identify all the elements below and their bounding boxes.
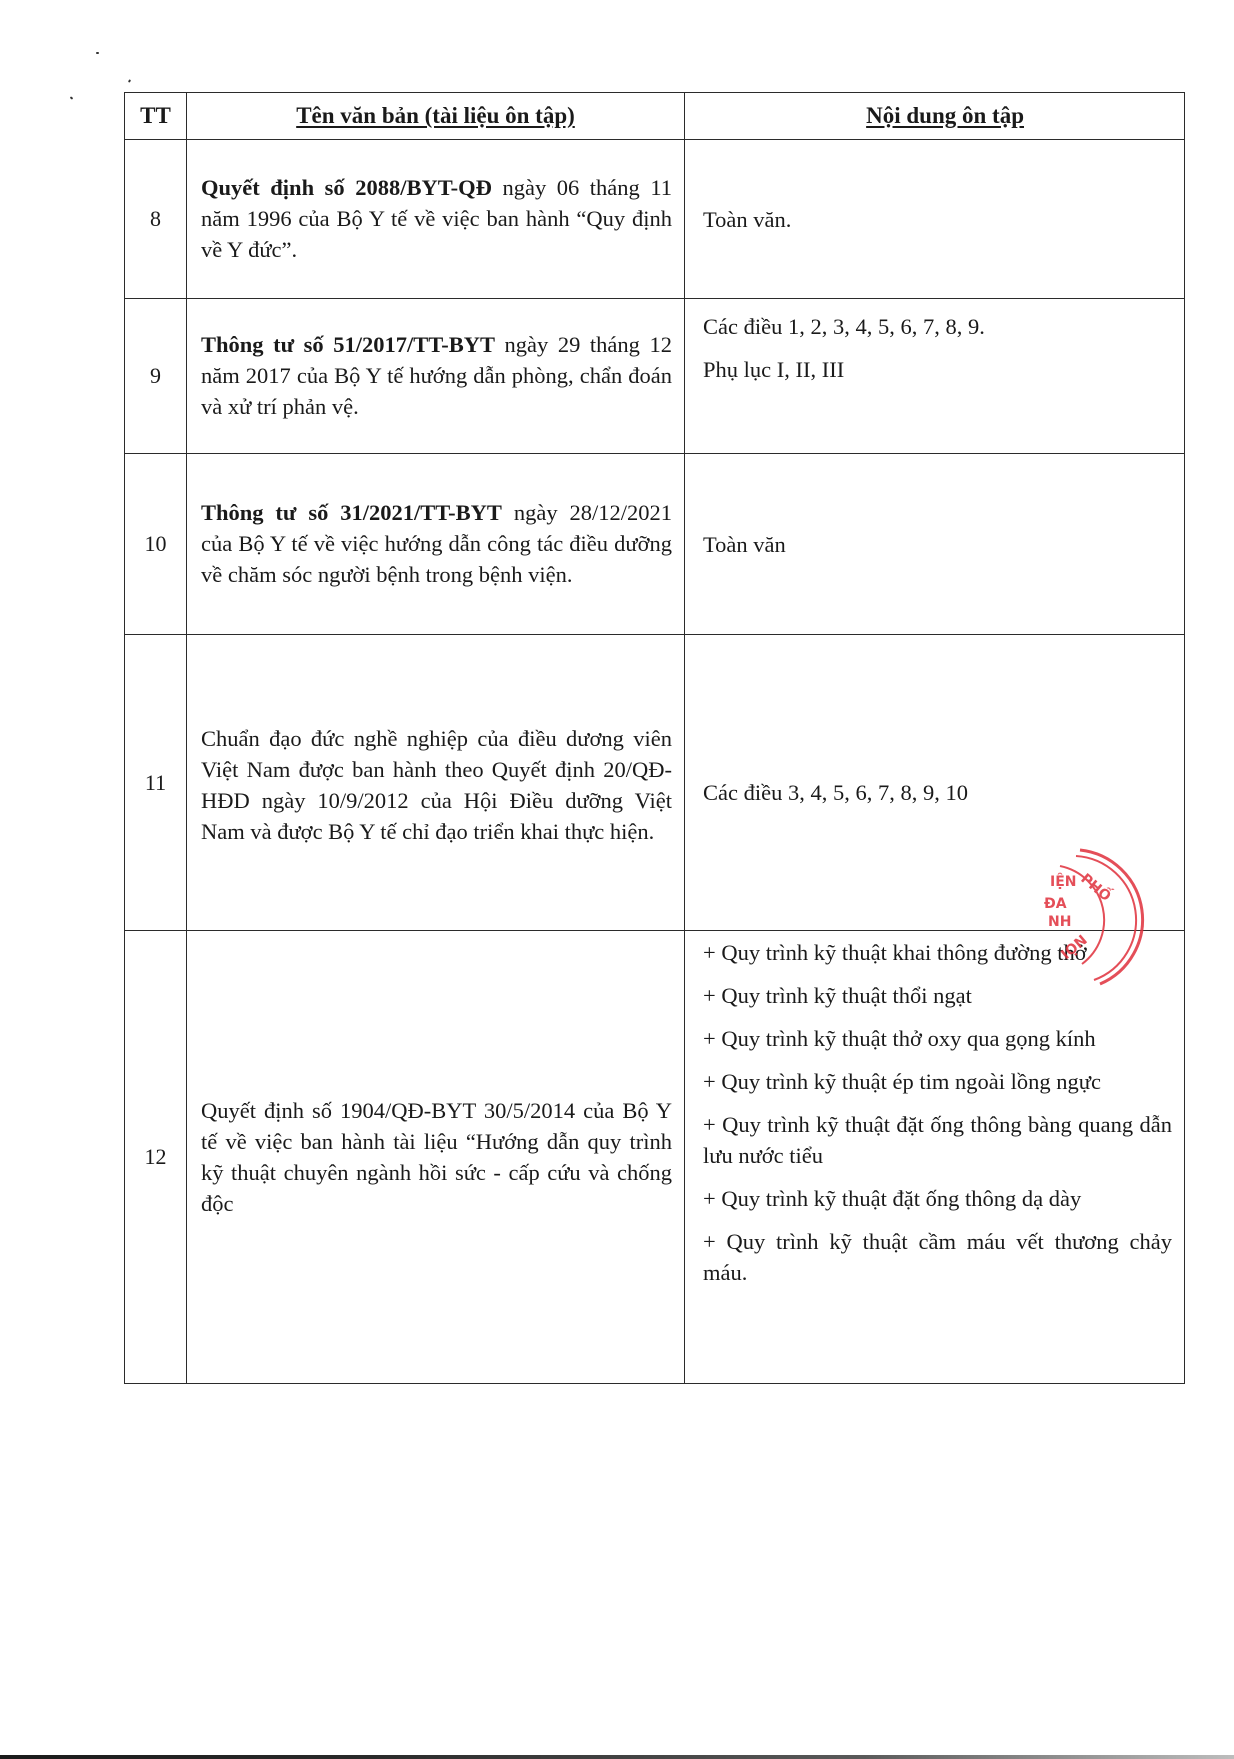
review-content-item: Các điều 3, 4, 5, 6, 7, 8, 9, 10: [703, 777, 1172, 808]
review-content-item: + Quy trình kỹ thuật thở oxy qua gọng kí…: [703, 1023, 1172, 1054]
document-name-cell: Quyết định số 2088/BYT-QĐ ngày 06 tháng …: [187, 140, 685, 299]
table-row: 11Chuẩn đạo đức nghề nghiệp của điều dươ…: [125, 635, 1185, 931]
table-row: 8Quyết định số 2088/BYT-QĐ ngày 06 tháng…: [125, 140, 1185, 299]
document-id: Thông tư số 31/2021/TT-BYT: [201, 500, 502, 525]
document-name-cell: Quyết định số 1904/QĐ-BYT 30/5/2014 của …: [187, 931, 685, 1384]
review-content-item: + Quy trình kỹ thuật thổi ngạt: [703, 980, 1172, 1011]
document-id: Quyết định số 2088/BYT-QĐ: [201, 175, 492, 200]
review-content-cell: Các điều 1, 2, 3, 4, 5, 6, 7, 8, 9.Phụ l…: [685, 299, 1185, 454]
review-content-item: Toàn văn: [703, 529, 1172, 560]
review-content-item: + Quy trình kỹ thuật đặt ống thông dạ dà…: [703, 1183, 1172, 1214]
document-id: Thông tư số 51/2017/TT-BYT: [201, 332, 495, 357]
scan-speck: [70, 96, 74, 99]
header-document-name: Tên văn bản (tài liệu ôn tập): [187, 93, 685, 140]
row-number: 10: [125, 454, 187, 635]
review-content-cell: Các điều 3, 4, 5, 6, 7, 8, 9, 10: [685, 635, 1185, 931]
table-row: 12Quyết định số 1904/QĐ-BYT 30/5/2014 củ…: [125, 931, 1185, 1384]
review-content-item: Các điều 1, 2, 3, 4, 5, 6, 7, 8, 9.: [703, 311, 1172, 342]
header-review-content: Nội dung ôn tập: [685, 93, 1185, 140]
document-description: Chuẩn đạo đức nghề nghiệp của điều dương…: [201, 726, 672, 844]
review-content-cell: Toàn văn.: [685, 140, 1185, 299]
row-number: 8: [125, 140, 187, 299]
review-materials-table: TT Tên văn bản (tài liệu ôn tập) Nội dun…: [124, 92, 1185, 1384]
review-content-item: + Quy trình kỹ thuật đặt ống thông bàng …: [703, 1109, 1172, 1171]
review-content-item: Toàn văn.: [703, 204, 1172, 235]
review-content-item: + Quy trình kỹ thuật khai thông đường th…: [703, 937, 1172, 968]
document-description: Quyết định số 1904/QĐ-BYT 30/5/2014 của …: [201, 1098, 672, 1216]
table-row: 10Thông tư số 31/2021/TT-BYT ngày 28/12/…: [125, 454, 1185, 635]
review-content-item: + Quy trình kỹ thuật cầm máu vết thương …: [703, 1226, 1172, 1288]
review-content-item: Phụ lục I, II, III: [703, 354, 1172, 385]
table-row: 9Thông tư số 51/2017/TT-BYT ngày 29 thán…: [125, 299, 1185, 454]
row-number: 12: [125, 931, 187, 1384]
header-tt: TT: [125, 93, 187, 140]
review-content-cell: + Quy trình kỹ thuật khai thông đường th…: [685, 931, 1185, 1384]
scan-speck: [96, 52, 99, 54]
table-header-row: TT Tên văn bản (tài liệu ôn tập) Nội dun…: [125, 93, 1185, 140]
document-name-cell: Chuẩn đạo đức nghề nghiệp của điều dương…: [187, 635, 685, 931]
row-number: 11: [125, 635, 187, 931]
scan-speck: [128, 79, 131, 83]
scanner-edge: [0, 1755, 1234, 1759]
review-content-cell: Toàn văn: [685, 454, 1185, 635]
document-name-cell: Thông tư số 31/2021/TT-BYT ngày 28/12/20…: [187, 454, 685, 635]
row-number: 9: [125, 299, 187, 454]
document-name-cell: Thông tư số 51/2017/TT-BYT ngày 29 tháng…: [187, 299, 685, 454]
review-content-item: + Quy trình kỹ thuật ép tim ngoài lồng n…: [703, 1066, 1172, 1097]
